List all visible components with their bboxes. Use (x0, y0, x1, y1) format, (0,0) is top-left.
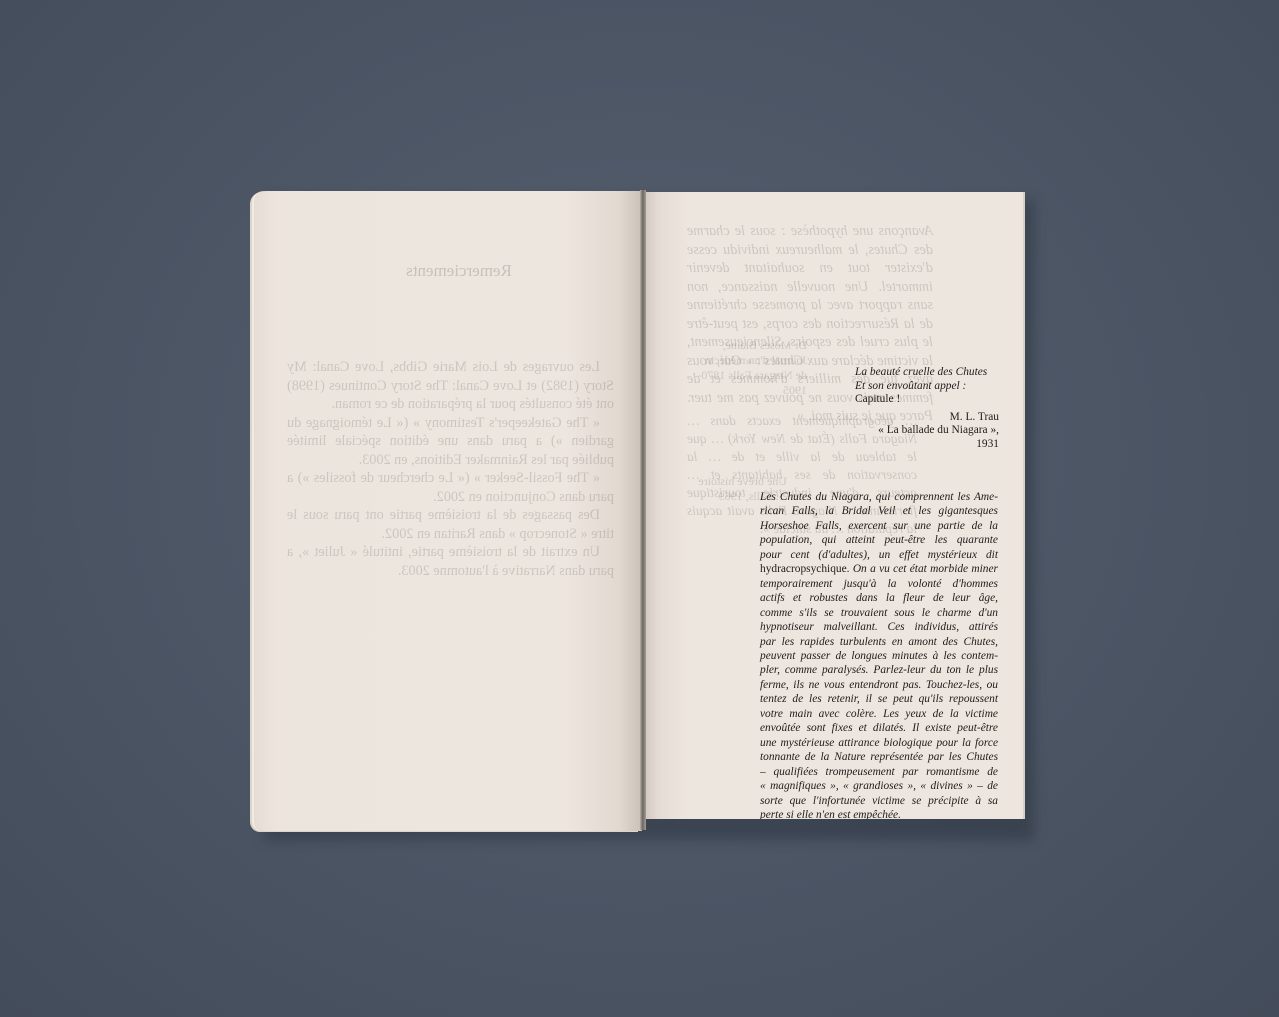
show-through-title: Remerciements (394, 261, 524, 281)
body-text-line: tonnante de la Nature représentée par le… (760, 750, 998, 764)
text-segment: Horseshoe Falls, exercent sur une partie… (760, 520, 998, 532)
text-segment: population, qui atteint peut-être les qu… (760, 534, 998, 546)
text-segment: rican Falls, la Bridal Veil et les gigan… (760, 505, 998, 517)
body-text-line: tentez de les retenir, il se peut qu'ils… (760, 692, 998, 706)
text-segment: sorte que l'infortunée victime se précip… (760, 795, 998, 807)
body-text-line: actifs et robustes dans la fleur de leur… (760, 591, 998, 605)
right-page: Avançons une hypothèse : sous le charme … (643, 192, 1025, 819)
text-segment: envoûtée sont fixes et dilatés. Il exist… (760, 722, 998, 734)
show-through-paragraph: Les ouvrages de Lois Marie Gibbs, Love C… (287, 358, 614, 414)
epigraph: La beauté cruelle des Chutes Et son envo… (855, 366, 999, 451)
show-through-top-citation: Dr Moses Blaine, Journal d'un médecin de… (687, 338, 807, 398)
citation-line: de Niagara Falls 1870-1905 (687, 368, 807, 398)
body-text-line: sorte que l'infortunée victime se précip… (760, 794, 998, 808)
body-text-line: une mystérieuse attirance biologique pou… (760, 736, 998, 750)
text-segment: pour cent (d'adultes), un effet mystérie… (760, 549, 998, 561)
body-text-line: hypnotiseur malveillant. Ces individus, … (760, 620, 998, 634)
epigraph-exclamation: Capitule ! (855, 393, 999, 407)
body-text-line: peuvent passer de longues minutes à les … (760, 649, 998, 663)
text-segment: ferme, ils ne vous entendront pas. Touch… (760, 679, 998, 691)
body-text-line: hydracropsychique. On a vu cet état morb… (760, 562, 998, 576)
citation-line: Dr Moses Blaine, (687, 338, 807, 353)
citation-line: Une brève histoire (687, 474, 787, 489)
epigraph-author: M. L. Trau (855, 411, 999, 425)
body-text-line: Horseshoe Falls, exercent sur une partie… (760, 519, 998, 533)
epigraph-line: La beauté cruelle des Chutes (855, 366, 999, 380)
body-text-line: temporairement jusqu'à la volonté d'homm… (760, 577, 998, 591)
show-through-paragraph: Un extrait de la troisième partie, intit… (287, 543, 614, 580)
text-segment: hydracropsychique. (760, 563, 850, 575)
book-spine-gutter (640, 190, 646, 830)
open-book: Remerciements Les ouvrages de Lois Marie… (250, 188, 1030, 833)
body-text-line: Les Chutes du Niagara, qui comprennent l… (760, 490, 998, 504)
left-page: Remerciements Les ouvrages de Lois Marie… (254, 191, 642, 831)
body-text-line: perte si elle n'en est empêchée. (760, 808, 998, 819)
body-text-line: – qualifiées trompeusement par romantism… (760, 765, 998, 779)
body-text-line: pour cent (d'adultes), un effet mystérie… (760, 548, 998, 562)
text-segment: actifs et robustes dans la fleur de leur… (760, 592, 998, 604)
text-segment: par les rapides turbulents en amont des … (760, 636, 998, 648)
body-text-line: pler, comme paralysés. Parlez-leur du to… (760, 663, 998, 677)
text-segment: comme s'ils se trouvaient sous le charme… (760, 607, 998, 619)
text-segment: votre main avec colère. Les yeux de la v… (760, 708, 998, 720)
text-segment: peuvent passer de longues minutes à les … (760, 650, 998, 662)
body-text-line: rican Falls, la Bridal Veil et les gigan… (760, 504, 998, 518)
text-segment: On a vu cet état morbide miner (850, 563, 998, 575)
body-text-line: population, qui atteint peut-être les qu… (760, 533, 998, 547)
show-through-paragraph: « The Fossil-Seeker » (« Le chercheur de… (287, 469, 614, 506)
epigraph-source: « La ballade du Niagara », 1931 (855, 424, 999, 451)
body-text: Les Chutes du Niagara, qui comprennent l… (760, 490, 998, 819)
text-segment: – qualifiées trompeusement par romantism… (760, 766, 998, 778)
body-text-line: par les rapides turbulents en amont des … (760, 635, 998, 649)
text-segment: hypnotiseur malveillant. Ces individus, … (760, 621, 998, 633)
body-text-line: votre main avec colère. Les yeux de la v… (760, 707, 998, 721)
show-through-paragraph: « The Gatekeeper's Testimony » (« Le tém… (287, 414, 614, 470)
body-text-line: ferme, ils ne vous entendront pas. Touch… (760, 678, 998, 692)
text-segment: Les Chutes du Niagara, qui comprennent l… (760, 491, 998, 503)
epigraph-line: Et son envoûtant appel : (855, 380, 999, 394)
citation-line: Journal d'un médecin (687, 353, 807, 368)
text-segment: perte si elle n'en est empêchée. (760, 809, 901, 819)
body-text-line: « magnifiques », « grandioses », « divin… (760, 779, 998, 793)
body-text-line: comme s'ils se trouvaient sous le charme… (760, 606, 998, 620)
text-segment: une mystérieuse attirance biologique pou… (760, 737, 998, 749)
text-segment: tonnante de la Nature représentée par le… (760, 751, 998, 763)
text-segment: tentez de les retenir, il se peut qu'ils… (760, 693, 998, 705)
show-through-paragraph: Des passages de la troisième partie ont … (287, 506, 614, 543)
text-segment: « magnifiques », « grandioses », « divin… (760, 780, 998, 792)
show-through-acknowledgements: Les ouvrages de Lois Marie Gibbs, Love C… (287, 358, 614, 580)
body-text-line: envoûtée sont fixes et dilatés. Il exist… (760, 721, 998, 735)
text-segment: temporairement jusqu'à la volonté d'homm… (760, 578, 998, 590)
text-segment: pler, comme paralysés. Parlez-leur du to… (760, 664, 998, 676)
